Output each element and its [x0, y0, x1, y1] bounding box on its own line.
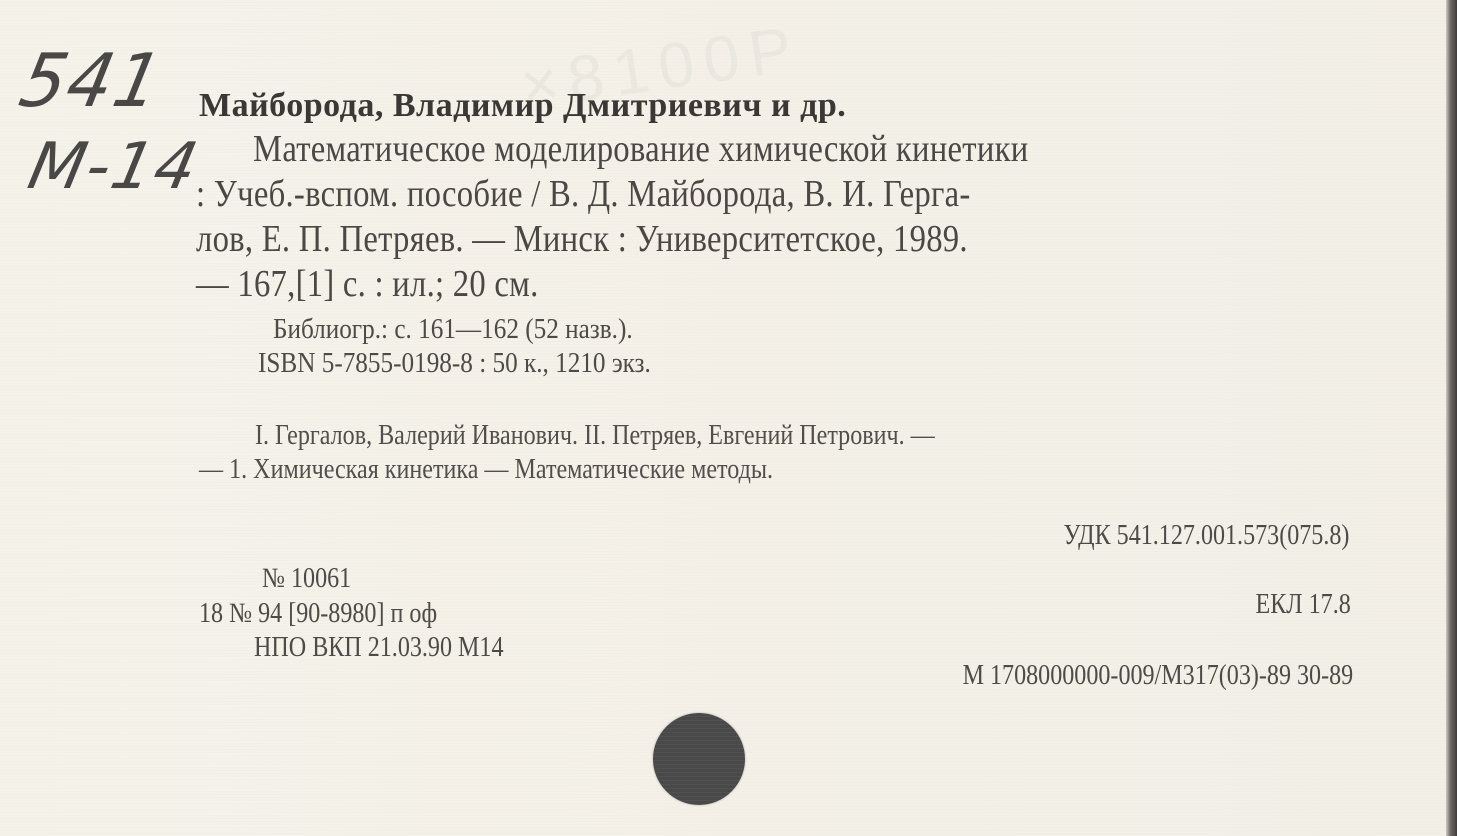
- physical-description: — 167,[1] с. : ил.; 20 см.: [196, 262, 539, 306]
- m-code: М 1708000000-009/М317(03)-89 30-89: [962, 660, 1353, 692]
- tracing-line-2: — 1. Химическая кинетика — Математически…: [199, 454, 773, 486]
- npo-line: НПО ВКП 21.03.90 М14: [254, 632, 504, 664]
- punch-hole: [653, 713, 745, 805]
- card-edge-shadow: [1446, 0, 1457, 836]
- bibliography-note: Библиогр.: с. 161—162 (52 назв.).: [273, 314, 633, 346]
- order-line: 18 № 94 [90-8980] п оф: [199, 598, 437, 630]
- ekl-code: ЕКЛ 17.8: [1256, 589, 1351, 621]
- title-line-2: : Учеб.-вспом. пособие / В. Д. Майборода…: [196, 172, 971, 216]
- handwritten-shelfmark-class: 541: [13, 38, 171, 124]
- tracing-line-1: I. Гергалов, Валерий Иванович. II. Петря…: [255, 420, 935, 452]
- udk-code: УДК 541.127.001.573(075.8): [1063, 520, 1349, 552]
- handwritten-shelfmark-author-code: М-14: [22, 130, 205, 204]
- title-line-1: Математическое моделирование химической …: [253, 127, 1028, 171]
- title-line-3: лов, Е. П. Петряев. — Минск : Университе…: [196, 217, 968, 261]
- card-number: № 10061: [262, 563, 351, 595]
- isbn-line: ISBN 5-7855-0198-8 : 50 к., 1210 экз.: [258, 348, 651, 380]
- author-heading: Майборода, Владимир Дмитриевич и др.: [199, 87, 846, 125]
- catalog-card: ×8100P 541 М-14 Майборода, Владимир Дмит…: [0, 0, 1446, 836]
